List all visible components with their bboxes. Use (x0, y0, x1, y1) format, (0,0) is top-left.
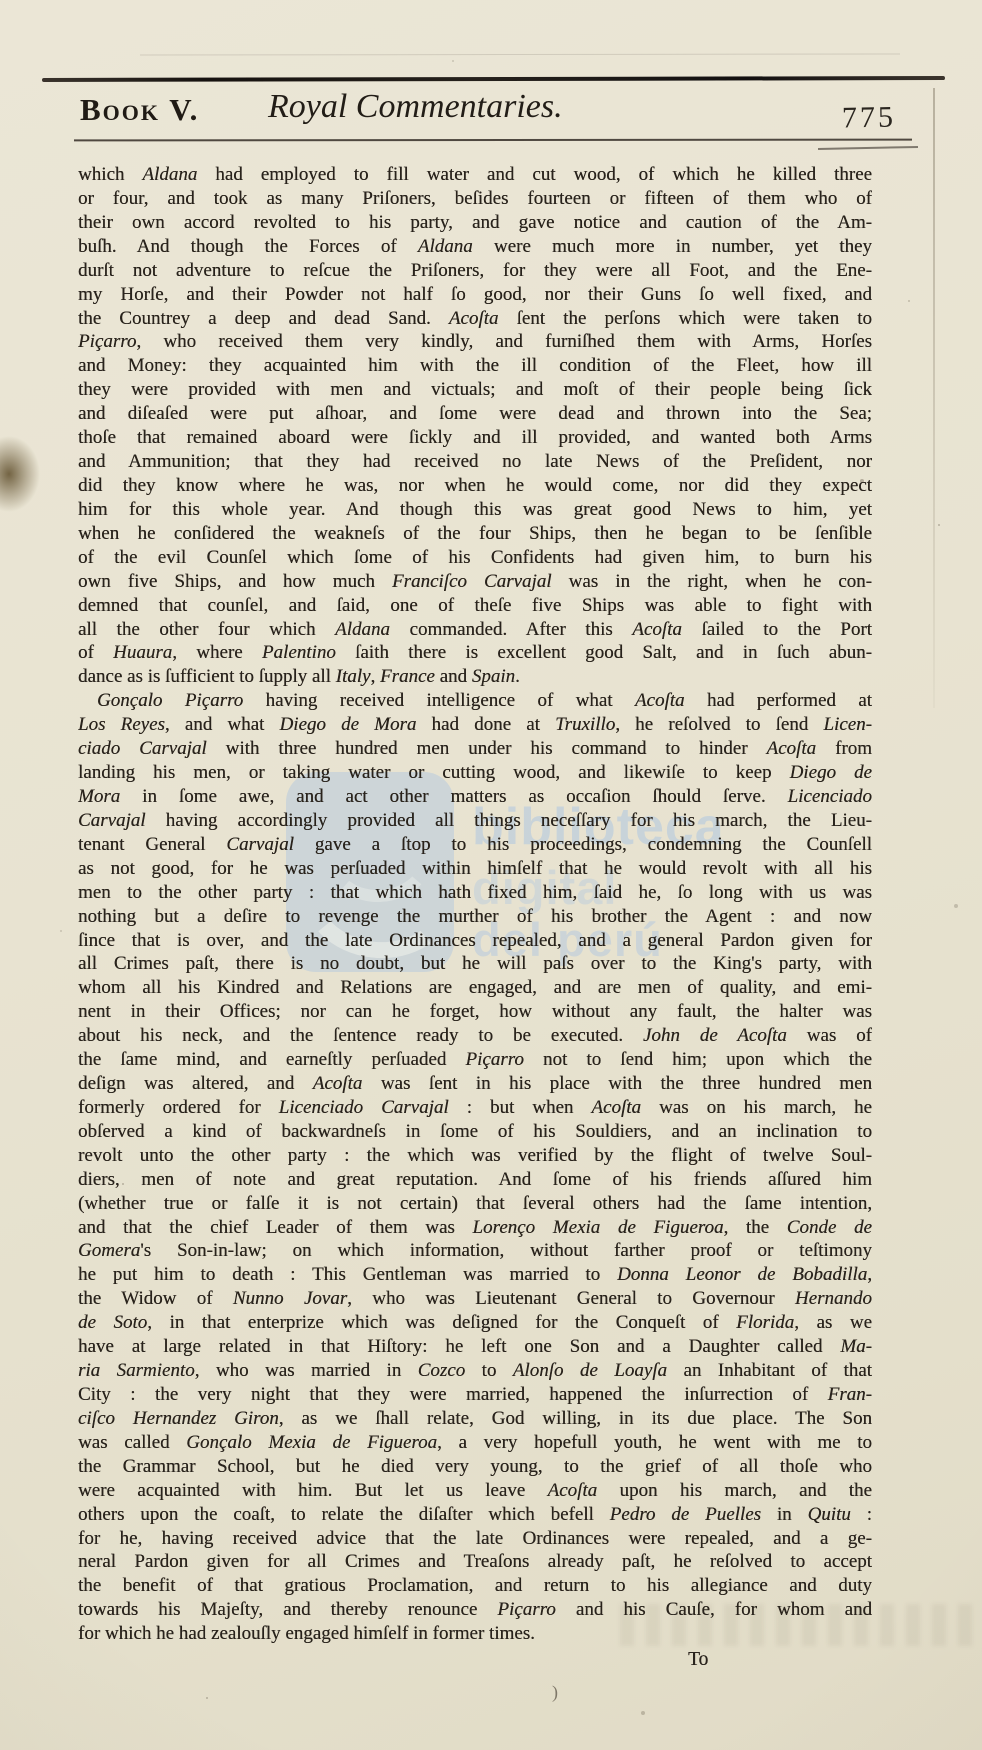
text-line: obſerved a kind of backwardneſs in ſome … (78, 1120, 872, 1144)
text-line: have at large related in that Hiſtory: h… (78, 1335, 872, 1359)
text-line: the Countrey a deep and dead Sand. Acoſt… (78, 307, 872, 331)
text-line: as not good, for he was perſuaded within… (78, 857, 872, 881)
text-line: and Money: they acquainted him with the … (78, 354, 872, 378)
text-line: for he, having received advice that the … (78, 1527, 872, 1551)
text-line: the benefit of that gratious Proclamatio… (78, 1574, 872, 1598)
text-line: ſince that is over, and the late Ordinan… (78, 929, 872, 953)
book-label: Book V. (80, 92, 199, 128)
text-line: Gomera's Son-in-law; on which informatio… (78, 1239, 872, 1263)
text-line: others upon the coaſt, to relate the diſ… (78, 1503, 872, 1527)
text-line: towards his Majeſty, and thereby renounc… (78, 1598, 872, 1622)
text-line: for which he had zealouſly engaged himſe… (78, 1622, 872, 1646)
page-stain (0, 436, 40, 512)
page-body: which Aldana had employed to fill water … (78, 163, 872, 1646)
text-line: of the evil Counſel which ſome of his Co… (78, 546, 872, 570)
text-line: dance as is ſufficient to ſupply all Ita… (78, 665, 872, 689)
text-line: demned that counſel, and ſaid, one of th… (78, 594, 872, 618)
text-line: Los Reyes, and what Diego de Mora had do… (78, 713, 872, 737)
text-line: they were provided with men and victuals… (78, 378, 872, 402)
text-line: Mora in ſome awe, and act other matters … (78, 785, 872, 809)
text-line: ciado Carvajal with three hundred men un… (78, 737, 872, 761)
text-line: Gonçalo Piçarro having received intellig… (78, 689, 872, 713)
text-line: the Widow of Nunno Jovar, who was Lieute… (78, 1287, 872, 1311)
text-line: did they know where he was, nor when he … (78, 474, 872, 498)
text-line: Carvajal having accordingly provided all… (78, 809, 872, 833)
text-line: their own accord revolted to his party, … (78, 211, 872, 235)
faint-top-rule (140, 53, 900, 55)
text-line: when he conſidered the weakneſs of the f… (78, 522, 872, 546)
text-line: ciſco Hernandez Giron, as we ſhall relat… (78, 1407, 872, 1431)
text-line: my Horſe, and their Powder not half ſo g… (78, 283, 872, 307)
text-line: men to the other party : that which hath… (78, 881, 872, 905)
text-line: landing his men, or taking water or cutt… (78, 761, 872, 785)
text-line: durſt not adventure to reſcue the Priſon… (78, 259, 872, 283)
text-line: or four, and took as many Priſoners, beſ… (78, 187, 872, 211)
text-line: nent in their Offices; nor can he forget… (78, 1000, 872, 1024)
text-line: thoſe that remained aboard were ſickly a… (78, 426, 872, 450)
text-line: diers, men of note and great reputation.… (78, 1168, 872, 1192)
header-rule-top (42, 76, 945, 82)
page-edge-line (933, 88, 935, 708)
text-line: (whether true or falſe it is not certain… (78, 1192, 872, 1216)
text-line: all the other four which Aldana commande… (78, 618, 872, 642)
text-line: he put him to death : This Gentleman was… (78, 1263, 872, 1287)
ink-specks (0, 0, 2, 2)
text-line: whom all his Kindred and Relations are e… (78, 976, 872, 1000)
catchword: To (688, 1649, 708, 1671)
text-line: about his neck, and the ſentence ready t… (78, 1024, 872, 1048)
text-line: revolt unto the other party : the which … (78, 1144, 872, 1168)
text-line: tenant General Carvajal gave a ſtop to h… (78, 833, 872, 857)
header-rule-bottom (74, 139, 912, 142)
text-line: the Grammar School, but he died very you… (78, 1455, 872, 1479)
text-line: of Huaura, where Palentino ſaith there i… (78, 641, 872, 665)
text-line: formerly ordered for Licenciado Carvajal… (78, 1096, 872, 1120)
text-line: ria Sarmiento, who was married in Cozco … (78, 1359, 872, 1383)
text-line: were acquainted with him. But let us lea… (78, 1479, 872, 1503)
text-line: deſign was altered, and Acoſta was ſent … (78, 1072, 872, 1096)
text-line: him for this whole year. And though this… (78, 498, 872, 522)
text-line: which Aldana had employed to fill water … (78, 163, 872, 187)
text-line: nothing but a deſire to revenge the murt… (78, 905, 872, 929)
page-number: 775 (842, 101, 897, 136)
page-title: Royal Commentaries. (268, 88, 563, 126)
text-line: the ſame mind, and earneſtly perſuaded P… (78, 1048, 872, 1072)
text-line: de Soto, in that enterprize which was de… (78, 1311, 872, 1335)
text-line: and diſeaſed were put aſhoar, and ſome w… (78, 402, 872, 426)
book-page-scan: { "page": { "paper": "#e8e3d1", "ink": "… (0, 0, 982, 1750)
text-line: City : the very night that they were mar… (78, 1383, 872, 1407)
text-line: and that the chief Leader of them was Lo… (78, 1216, 872, 1240)
stray-ink-mark: ) (552, 1682, 558, 1703)
text-line: all Crimes paſt, there is no doubt, but … (78, 952, 872, 976)
text-line: was called Gonçalo Mexia de Figueroa, a … (78, 1431, 872, 1455)
text-line: own five Ships, and how much Franciſco C… (78, 570, 872, 594)
text-line: neral Pardon given for all Crimes and Tr… (78, 1550, 872, 1574)
page-number-underline (818, 146, 918, 150)
text-line: Piçarro, who received them very kindly, … (78, 330, 872, 354)
text-line: buſh. And though the Forces of Aldana we… (78, 235, 872, 259)
text-line: and Ammunition; that they had received n… (78, 450, 872, 474)
